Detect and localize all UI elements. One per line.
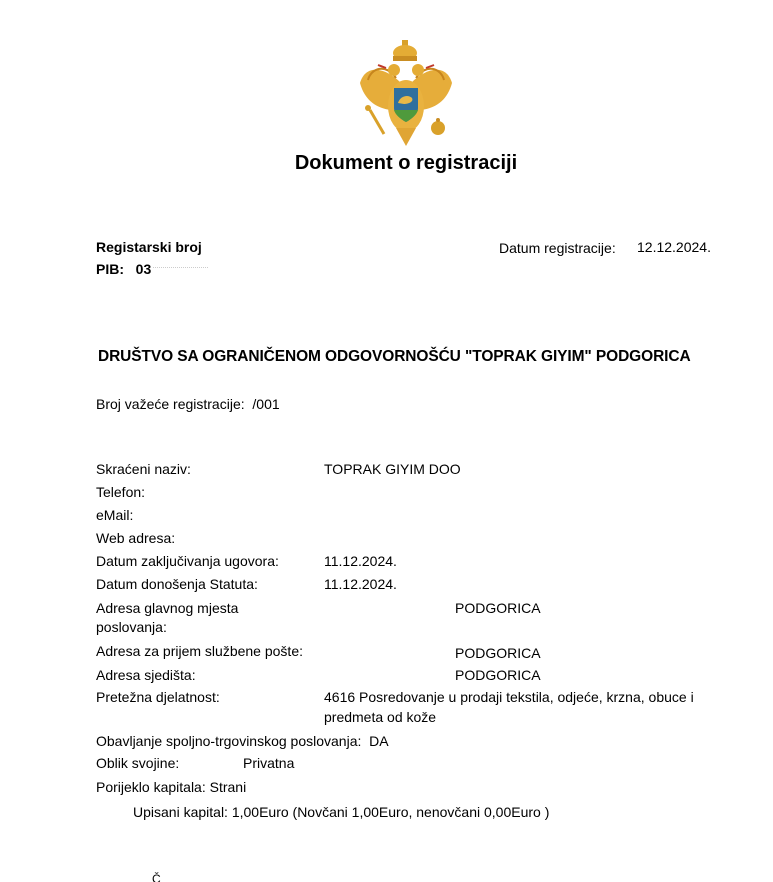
phone-label: Telefon: [96,484,145,500]
registration-date-label: Datum registracije: [499,240,616,256]
activity-value-line1: 4616 Posredovanje u prodaji tekstila, od… [324,689,694,705]
pib-label: PIB: [96,261,124,277]
pib-row: PIB: 03 [96,261,208,277]
company-full-name: DRUŠTVO SA OGRANIČENOM ODGOVORNOŠĆU "TOP… [98,348,691,366]
short-name-label: Skraćeni naziv: [96,461,191,477]
ownership-label: Oblik svojine: [96,755,179,771]
valid-registration-value: /001 [252,396,279,412]
valid-registration-label: Broj važeće registracije: [96,396,245,412]
foreign-trade-row: Obavljanje spoljno-trgovinskog poslovanj… [96,733,389,749]
pib-value: 03 [136,261,152,277]
web-label: Web adresa: [96,530,175,546]
redacted-area [153,267,208,274]
foreign-trade-value: DA [369,733,388,749]
main-address-label-line2: poslovanja: [96,619,167,635]
ownership-value: Privatna [243,755,294,771]
main-address-value: PODGORICA [455,600,541,616]
seat-address-value: PODGORICA [455,667,541,683]
document-title: Dokument o registraciji [0,152,773,175]
capital-origin-label: Porijeklo kapitala: [96,779,206,795]
registered-capital: Upisani kapital: 1,00Euro (Novčani 1,00E… [133,804,549,820]
registration-date-value: 12.12.2024. [637,239,711,255]
mail-address-value: PODGORICA [455,645,541,661]
email-label: eMail: [96,507,133,523]
contract-date-value: 11.12.2024. [324,553,397,569]
activity-value-line2: predmeta od kože [324,709,436,725]
mail-address-label: Adresa za prijem službene pošte: [96,643,303,659]
statute-date-label: Datum donošenja Statuta: [96,576,258,592]
capital-origin-row: Porijeklo kapitala: Strani [96,779,246,795]
statute-date-value: 11.12.2024. [324,576,397,592]
main-address-label-line1: Adresa glavnog mjesta [96,600,238,616]
capital-origin-value: Strani [210,779,247,795]
montenegro-coat-of-arms-icon [356,38,456,150]
foreign-trade-label: Obavljanje spoljno-trgovinskog poslovanj… [96,733,361,749]
contract-date-label: Datum zaključivanja ugovora: [96,553,279,569]
valid-registration-row: Broj važeće registracije: /001 [96,396,280,412]
activity-label: Pretežna djelatnost: [96,689,220,705]
seat-address-label: Adresa sjedišta: [96,667,196,683]
registration-number-label: Registarski broj [96,239,202,255]
short-name-value: TOPRAK GIYIM DOO [324,461,461,477]
cut-off-text: Č [152,872,161,882]
